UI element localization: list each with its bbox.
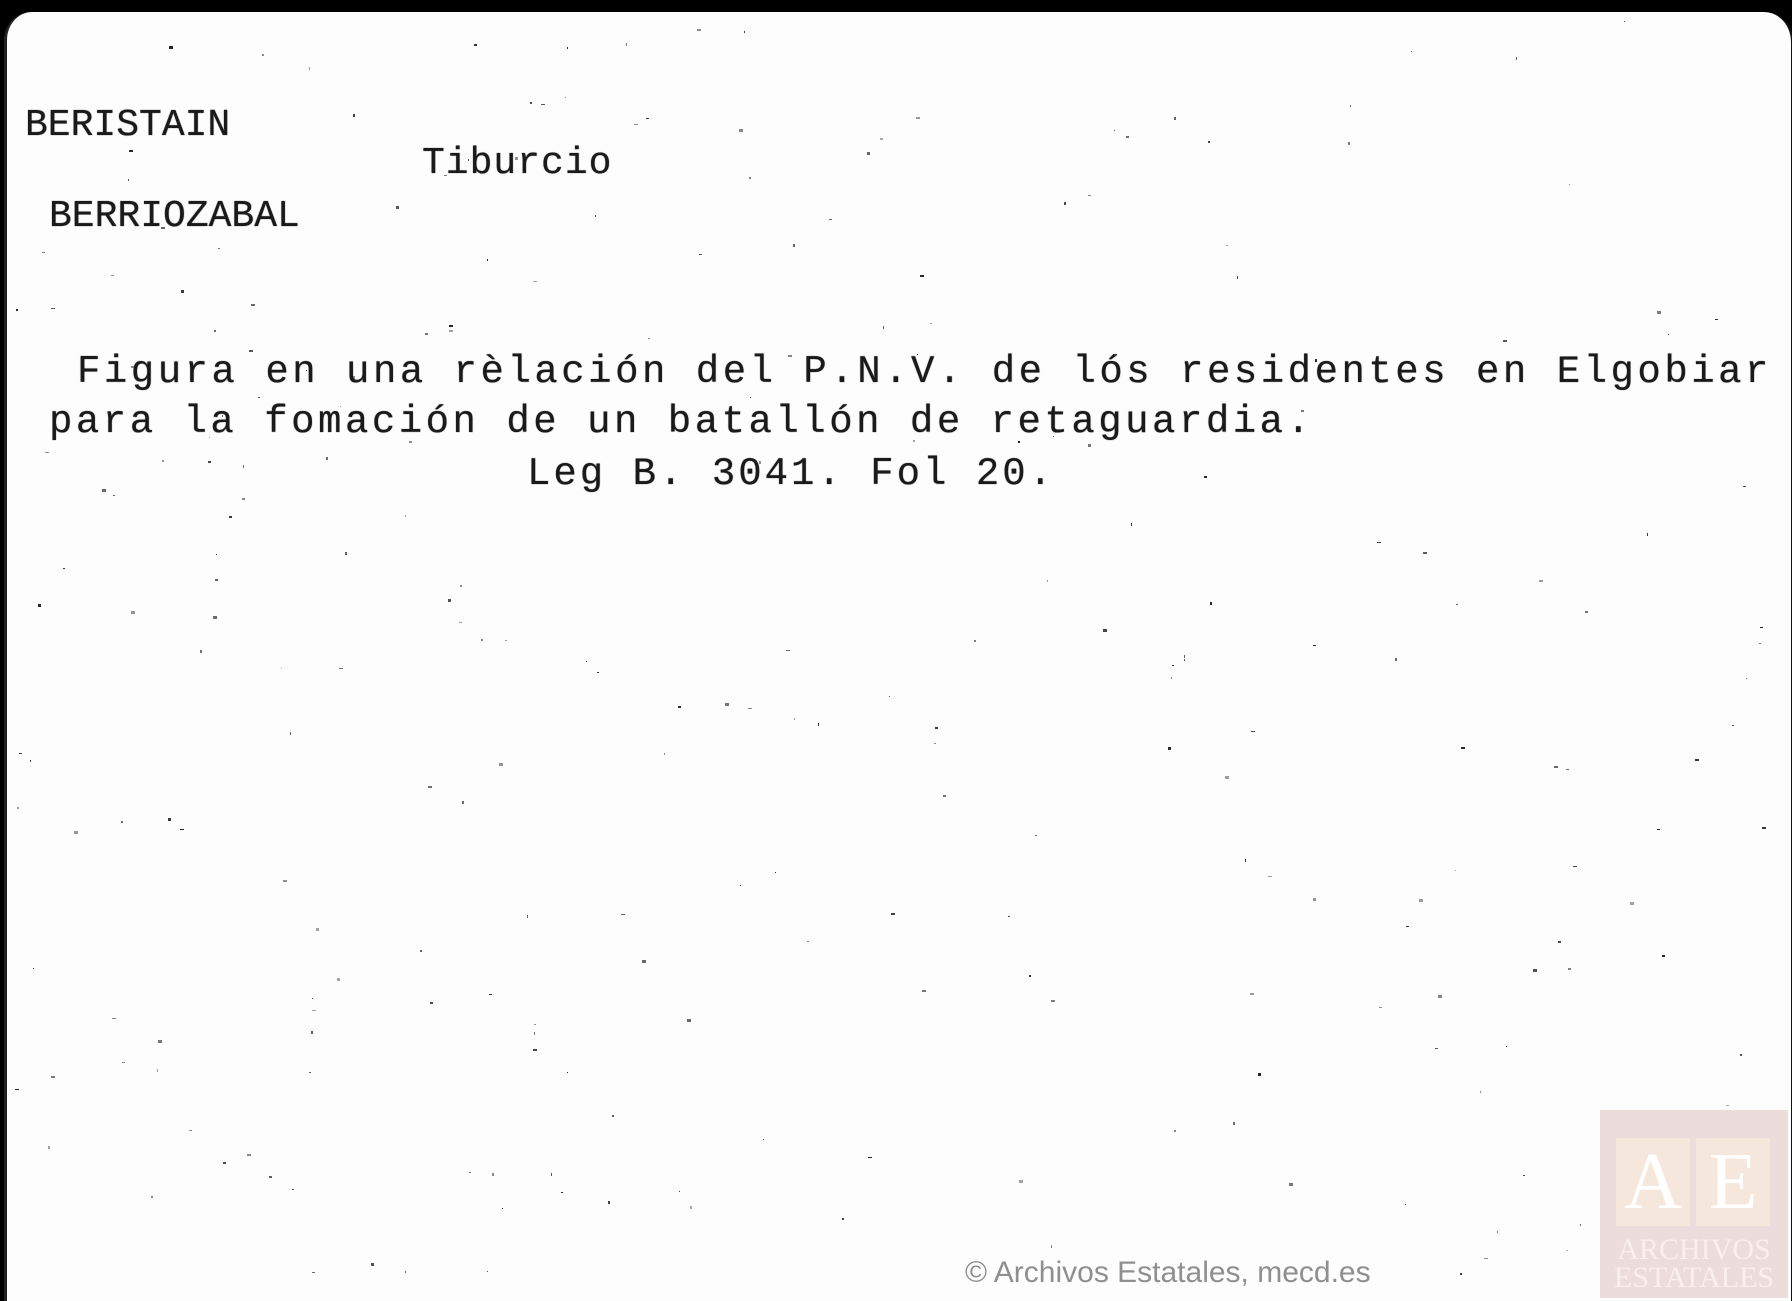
logo-name-line-2: ESTATALES <box>1600 1264 1788 1292</box>
logo-name-line-1: ARCHIVOS <box>1600 1236 1788 1264</box>
index-card: BERISTAIN Tiburcio BERRIOZABAL Figura en… <box>4 12 1792 1301</box>
copyright-watermark: © Archivos Estatales, mecd.es <box>965 1256 1371 1290</box>
archivos-estatales-logo: A E ARCHIVOS ESTATALES <box>1600 1110 1788 1298</box>
surname-1: BERISTAIN <box>25 104 230 147</box>
logo-letter-a: A <box>1616 1138 1690 1226</box>
description-line-2: para la fomación de un batallón de retag… <box>49 400 1313 444</box>
given-name: Tiburcio <box>422 142 612 185</box>
description-line-1: Figura en una rèlación del P.N.V. de lós… <box>77 350 1772 394</box>
archive-reference: Leg B. 3041. Fol 20. <box>527 452 1055 496</box>
surname-2: BERRIOZABAL <box>49 195 300 238</box>
logo-letter-e: E <box>1696 1138 1770 1226</box>
